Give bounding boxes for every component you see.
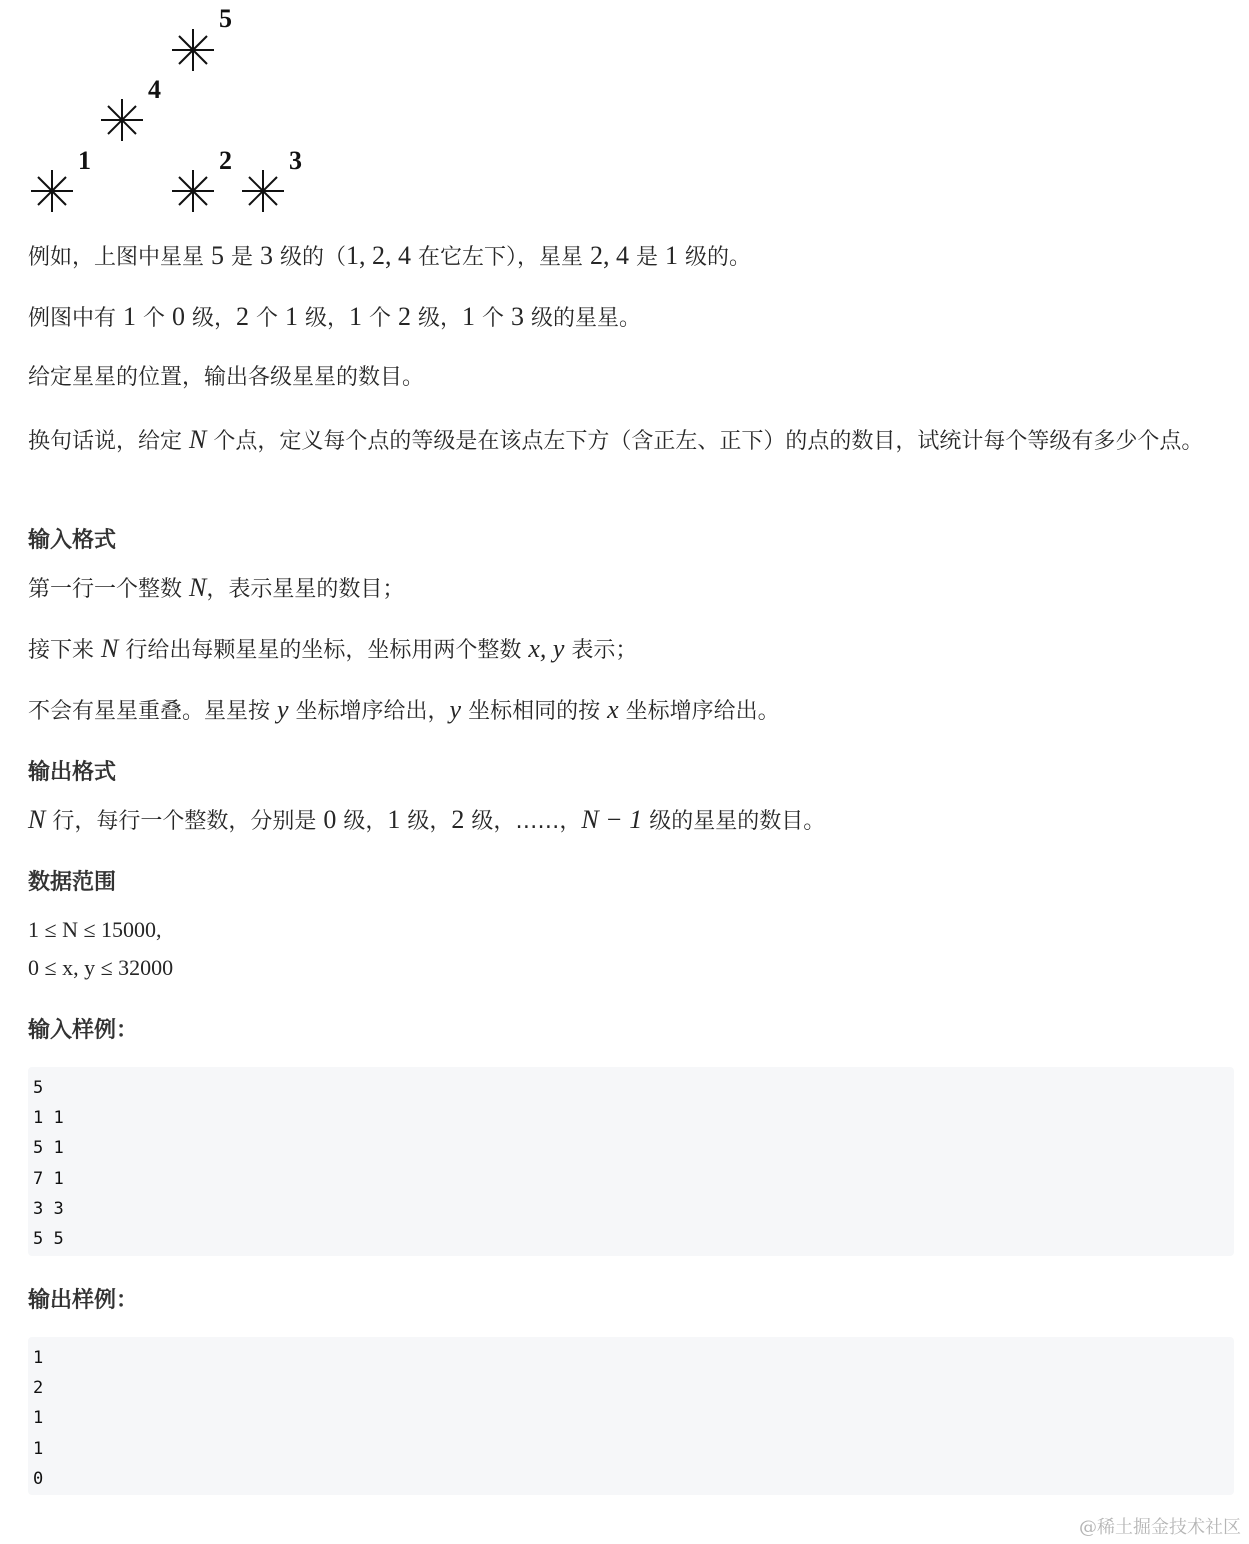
text: 第一行一个整数 xyxy=(28,577,189,602)
text: 例图中有 xyxy=(28,306,123,331)
text: 表示； xyxy=(564,638,637,663)
stars-figure: 12345 xyxy=(0,0,320,225)
text: 个 xyxy=(362,306,398,331)
example-paragraph-1: 例如，上图中星星 5 是 3 级的（1, 2, 4 在它左下），星星 2, 4 … xyxy=(28,236,751,278)
text: 不会有星星重叠。星星按 xyxy=(28,699,277,724)
text: 个 xyxy=(475,306,511,331)
output-format-heading: 输出格式 xyxy=(28,756,116,790)
text: 级，……， xyxy=(464,809,581,834)
text: 是 xyxy=(629,245,665,270)
math: 1 xyxy=(285,302,298,331)
text: 坐标相同的按 xyxy=(461,699,607,724)
code-line: 1 xyxy=(33,1408,43,1428)
text: 级的星星的数目。 xyxy=(642,809,825,834)
code-line: 7 1 xyxy=(33,1169,64,1189)
code-line: 2 xyxy=(33,1378,43,1398)
star-icon xyxy=(172,170,214,212)
text: 级， xyxy=(411,306,462,331)
math: 1 xyxy=(387,805,400,834)
math: 5 xyxy=(211,241,224,270)
input-format-heading: 输入格式 xyxy=(28,524,116,558)
sample-input-code[interactable]: 5 1 1 5 1 7 1 3 3 5 5 xyxy=(28,1067,1234,1256)
math: 3 xyxy=(260,241,273,270)
data-range-heading: 数据范围 xyxy=(28,866,116,900)
math: 1, 2, 4 xyxy=(346,241,411,270)
output-format-line-1: N 行，每行一个整数，分别是 0 级，1 级，2 级，……，N − 1 级的星星… xyxy=(28,800,825,842)
watermark: @稀土掘金技术社区 xyxy=(1079,1513,1241,1539)
sample-output-heading: 输出样例： xyxy=(28,1284,138,1318)
math: N xyxy=(189,573,206,602)
task-paragraph: 给定星星的位置，输出各级星星的数目。 xyxy=(28,358,424,398)
star-icon xyxy=(31,170,73,212)
text: 级， xyxy=(336,809,387,834)
math: 2 xyxy=(398,302,411,331)
data-range-line-1: 1 ≤ N ≤ 15000, xyxy=(28,910,162,950)
math: 2 xyxy=(236,302,249,331)
text: 是 xyxy=(224,245,260,270)
star-icon xyxy=(242,170,284,212)
code-line: 1 1 xyxy=(33,1108,64,1128)
star-label: 5 xyxy=(219,6,232,32)
math: N xyxy=(101,634,118,663)
math: 2 xyxy=(451,805,464,834)
text: 在它左下），星星 xyxy=(411,245,590,270)
input-format-line-3: 不会有星星重叠。星星按 y 坐标增序给出，y 坐标相同的按 x 坐标增序给出。 xyxy=(28,690,780,732)
text: 个点，定义每个点的等级是在该点左下方（含正左、正下）的点的数目，试统计每个等级有… xyxy=(206,429,1203,454)
math: 1 xyxy=(462,302,475,331)
code-line: 1 xyxy=(33,1348,43,1368)
text: 个 xyxy=(136,306,172,331)
text: 行给出每颗星星的坐标，坐标用两个整数 xyxy=(118,638,528,663)
restate-paragraph: 换句话说，给定 N 个点，定义每个点的等级是在该点左下方（含正左、正下）的点的数… xyxy=(28,420,1234,462)
code-line: 5 xyxy=(33,1078,43,1098)
math: y xyxy=(450,695,462,724)
stars-diagram xyxy=(0,0,320,225)
code-line: 5 1 xyxy=(33,1138,64,1158)
math: 1 xyxy=(123,302,136,331)
math: N xyxy=(189,425,206,454)
sample-output-code[interactable]: 1 2 1 1 0 xyxy=(28,1337,1234,1495)
star-label: 1 xyxy=(78,148,91,174)
math: 2, 4 xyxy=(590,241,629,270)
star-label: 2 xyxy=(219,148,232,174)
text: 级， xyxy=(185,306,236,331)
text: 换句话说，给定 xyxy=(28,429,189,454)
code-line: 5 5 xyxy=(33,1229,64,1249)
text: 例如，上图中星星 xyxy=(28,245,211,270)
code-line: 1 xyxy=(33,1439,43,1459)
text: 级， xyxy=(298,306,349,331)
text: 级的（ xyxy=(273,245,346,270)
star-label: 4 xyxy=(148,77,161,103)
star-icon xyxy=(172,29,214,71)
code-line: 0 xyxy=(33,1469,43,1489)
math: 0 xyxy=(323,805,336,834)
math: 3 xyxy=(511,302,524,331)
text: 接下来 xyxy=(28,638,101,663)
text: 级， xyxy=(400,809,451,834)
text: 行，每行一个整数，分别是 xyxy=(45,809,323,834)
math: 0 xyxy=(172,302,185,331)
math: x xyxy=(607,695,619,724)
math: x, y xyxy=(528,634,564,663)
math: N − 1 xyxy=(581,805,642,834)
math: y xyxy=(277,695,289,724)
example-paragraph-2: 例图中有 1 个 0 级，2 个 1 级，1 个 2 级，1 个 3 级的星星。 xyxy=(28,297,641,339)
text: 个 xyxy=(249,306,285,331)
text: 坐标增序给出， xyxy=(289,699,450,724)
text: 坐标增序给出。 xyxy=(619,699,780,724)
math: N xyxy=(28,805,45,834)
code-line: 3 3 xyxy=(33,1199,64,1219)
sample-input-heading: 输入样例： xyxy=(28,1014,138,1048)
data-range-line-2: 0 ≤ x, y ≤ 32000 xyxy=(28,948,173,988)
text: ，表示星星的数目； xyxy=(206,577,404,602)
input-format-line-1: 第一行一个整数 N，表示星星的数目； xyxy=(28,568,404,610)
input-format-line-2: 接下来 N 行给出每颗星星的坐标，坐标用两个整数 x, y 表示； xyxy=(28,629,637,671)
text: 级的。 xyxy=(678,245,751,270)
star-icon xyxy=(101,99,143,141)
star-label: 3 xyxy=(289,148,302,174)
text: 级的星星。 xyxy=(524,306,641,331)
math: 1 xyxy=(665,241,678,270)
math: 1 xyxy=(349,302,362,331)
